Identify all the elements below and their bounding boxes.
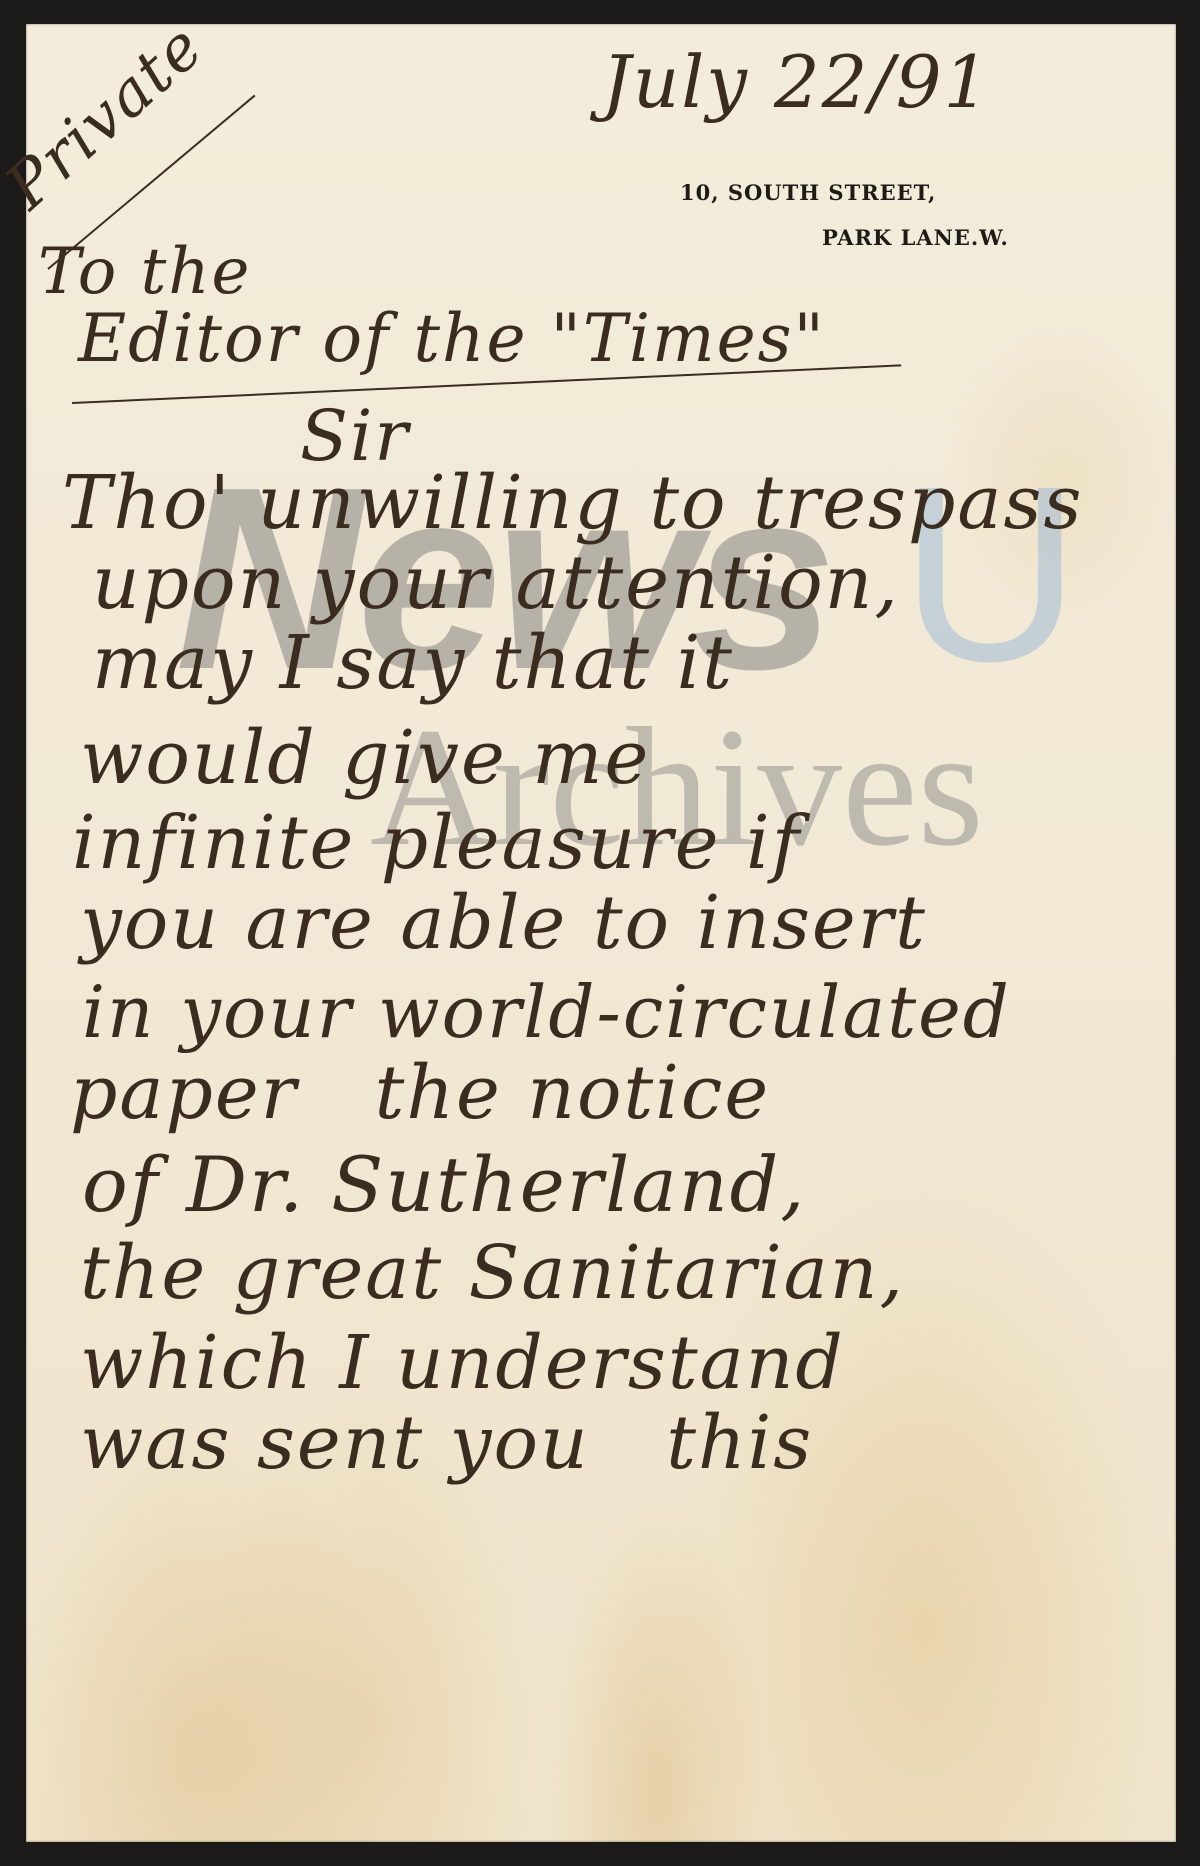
addressee-line-2: Editor of the "Times" <box>78 300 826 377</box>
body-line: Tho' unwilling to trespass <box>62 460 1083 546</box>
body-line: infinite pleasure if <box>72 800 801 886</box>
addressee-line-1: To the <box>38 235 251 309</box>
body-line: may I say that it <box>92 620 734 706</box>
body-line: would give me <box>80 715 650 801</box>
body-line: which I understand <box>80 1320 845 1406</box>
body-line: was sent you this <box>80 1400 813 1486</box>
body-line: in your world-circulated <box>82 970 1011 1054</box>
letter-date: July 22/91 <box>602 40 991 124</box>
body-line: you are able to insert <box>80 880 927 966</box>
letterhead-area: PARK LANE.W. <box>822 225 1009 250</box>
body-line: upon your attention, <box>92 540 900 626</box>
letterhead-street: 10, SOUTH STREET, <box>680 180 936 205</box>
body-line: the great Sanitarian, <box>80 1230 905 1316</box>
body-line: of Dr. Sutherland, <box>82 1140 806 1229</box>
body-line: paper the notice <box>70 1050 770 1136</box>
